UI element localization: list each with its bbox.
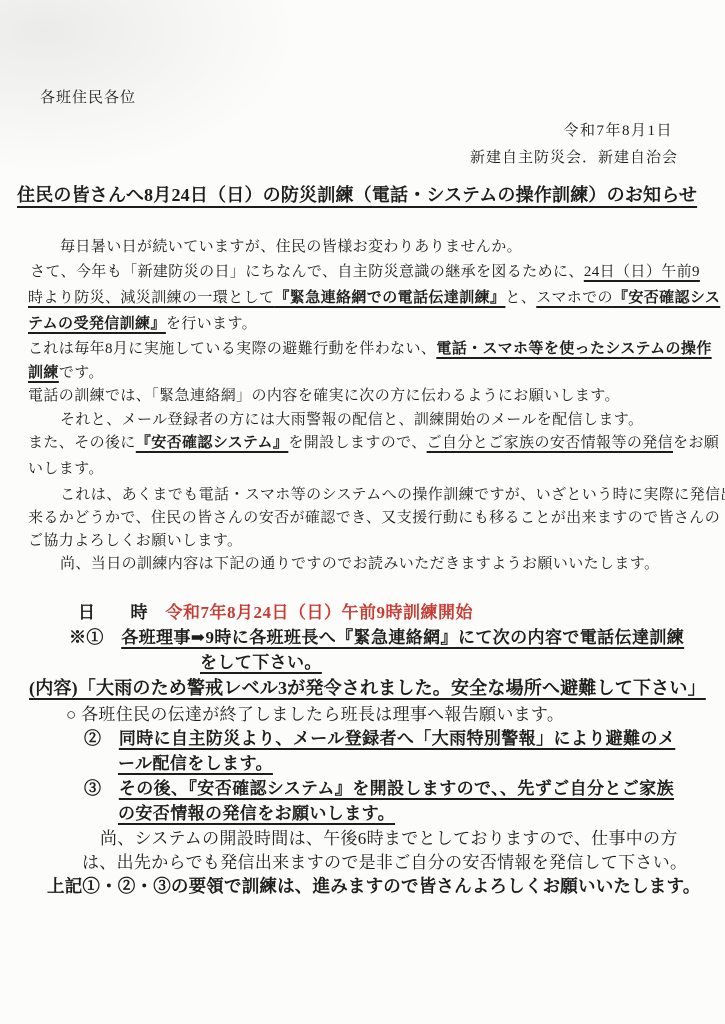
document-date: 令和7年8月1日 xyxy=(563,119,673,140)
organization-name: 新建自主防災会．新建自治会 xyxy=(470,146,678,167)
notice-step1-line2: をして下さい。 xyxy=(200,652,322,673)
notice-content-line: (内容)「大雨のため警戒レベル3が発令されました。安全な場所へ避難して下さい」 xyxy=(29,677,706,700)
text-segment: さて、今年も「新建防災の日」にちなんで、自主防災意識の継承を図るために、 xyxy=(30,264,584,280)
body-line-7: 電話の訓練では、「緊急連絡網」の内容を確実に次の方に伝わるようにお願いします。 xyxy=(28,387,620,406)
body-line-6: 訓練です。 xyxy=(28,364,104,383)
text-segment: それと、メール登録者の方には大雨警報の配信と、訓練開始のメールを配信します。 xyxy=(60,412,643,428)
text-segment: (内容)「大雨のため警戒レベル3が発令されました。安全な場所へ避難して下さい」 xyxy=(29,678,706,698)
text-segment: です。 xyxy=(59,365,104,381)
notice-hours-line2: は、出先からでも発信出来ますので是非ご自分の安否情報を発信して下さい。 xyxy=(82,852,687,873)
text-segment: をお願 xyxy=(673,435,719,451)
text-segment: を開設しますので、 xyxy=(288,435,426,451)
body-line-5: これは毎年8月に実施している実際の避難行動を伴わない、電話・スマホ等を使ったシス… xyxy=(28,340,712,359)
notice-report-line: ○ 各班住民の伝達が終了しましたら班長は理事へ報告願います。 xyxy=(66,704,564,725)
body-line-2: さて、今年も「新建防災の日」にちなんで、自主防災意識の継承を図るために、24日（… xyxy=(30,263,700,282)
circle-marker: ○ xyxy=(66,705,81,724)
body-line-1: 毎日暑い日が続いていますが、住民の皆様お変わりありませんか。 xyxy=(60,238,522,257)
step3-marker: ③ xyxy=(84,779,119,798)
text-segment: 『安否確認シス xyxy=(613,290,720,306)
text-segment: ご協力よろしくお願いします。 xyxy=(28,533,242,549)
text-segment: 24日（日）午前9 xyxy=(584,264,700,280)
text-segment: は、出先からでも発信出来ますので是非ご自分の安否情報を発信して下さい。 xyxy=(82,853,687,872)
notice-step3-line2: の安否情報の発信をお願いします。 xyxy=(118,803,395,824)
body-line-14: 尚、当日の訓練内容は下記の通りですのでお読みいただきますようお願いいたします。 xyxy=(60,555,659,574)
body-line-9: また、その後に『安否確認システム』を開設しますので、ご自分とご家族の安否情報等の… xyxy=(28,434,719,453)
text-segment: 尚、当日の訓練内容は下記の通りですのでお読みいただきますようお願いいたします。 xyxy=(60,556,659,572)
text-segment: これは、あくまでも電話・スマホ等のシステムへの操作訓練ですが、いざという時に実際… xyxy=(60,487,725,503)
notice-step1-line: ※① 各班理事➡9時に各班班長へ『緊急連絡網』にて次の内容で電話伝達訓練 xyxy=(69,627,684,648)
text-segment: 来るかどうかで、住民の皆さんの安否が確認でき、又支援行動にも移ることが出来ますの… xyxy=(28,510,720,526)
text-segment: これは毎年8月に実施している実際の避難行動を伴わない、 xyxy=(28,341,436,357)
notice-datetime-line: 日 時 令和7年8月24日（日）午前9時訓練開始 xyxy=(78,602,473,623)
text-segment: 電話の訓練では、「緊急連絡網」の内容を確実に次の方に伝わるようにお願いします。 xyxy=(28,388,620,404)
text-segment: いします。 xyxy=(28,461,104,477)
notice-step2-line: ② 同時に自主防災より、メール登録者へ「大雨特別警報」により避難のメ xyxy=(84,728,675,749)
step1-marker: ※① xyxy=(69,628,121,647)
text-segment: 訓練 xyxy=(28,365,59,381)
notice-step3-line: ③ その後、『安否確認システム』を開設しますので、、先ずご自分とご家族 xyxy=(84,778,674,799)
text-segment: 上記①・②・③の要領で訓練は、進みますので皆さんよろしくお願いいたします。 xyxy=(47,876,701,896)
datetime-value: 令和7年8月24日（日）午前9時訓練開始 xyxy=(166,603,474,622)
text-segment: 時より防災、減災訓練の一環として xyxy=(28,290,274,306)
closing-line: 上記①・②・③の要領で訓練は、進みますので皆さんよろしくお願いいたします。 xyxy=(47,876,701,898)
text-segment: 電話・スマホ等を使ったシステムの操作 xyxy=(436,341,711,357)
scanned-notice-page: 各班住民各位 令和7年8月1日 新建自主防災会．新建自治会 住民の皆さんへ8月2… xyxy=(0,0,725,1024)
body-line-8: それと、メール登録者の方には大雨警報の配信と、訓練開始のメールを配信します。 xyxy=(60,411,643,430)
datetime-label: 日 時 xyxy=(78,603,166,622)
text-segment: をして下さい。 xyxy=(200,653,322,672)
body-line-13: ご協力よろしくお願いします。 xyxy=(28,532,242,551)
notice-step2-line2: ール配信をします。 xyxy=(118,753,273,774)
body-line-10: いします。 xyxy=(28,460,104,479)
text-segment: また、その後に xyxy=(28,435,136,451)
text-segment: テムの受発信訓練』 xyxy=(28,316,166,332)
body-line-12: 来るかどうかで、住民の皆さんの安否が確認でき、又支援行動にも移ることが出来ますの… xyxy=(28,509,720,528)
text-segment: 尚、システムの開設時間は、午後6時までとしておりますので、仕事中の方 xyxy=(100,829,678,848)
text-segment: ール配信をします。 xyxy=(118,754,273,773)
text-segment: ご自分とご家族の安否情報等の発信 xyxy=(427,435,673,451)
text-segment: 『安否確認システム』 xyxy=(136,435,289,451)
text-segment: その後、『安否確認システム』を開設しますので、、先ずご自分とご家族 xyxy=(119,779,674,798)
text-segment: 毎日暑い日が続いていますが、住民の皆様お変わりありませんか。 xyxy=(60,239,522,255)
text-segment: を行います。 xyxy=(166,316,257,332)
body-line-3: 時より防災、減災訓練の一環として『緊急連絡網での電話伝達訓練』と、スマホでの『安… xyxy=(28,289,720,308)
text-segment: 各班住民の伝達が終了しましたら班長は理事へ報告願います。 xyxy=(81,705,564,724)
notice-hours-line: 尚、システムの開設時間は、午後6時までとしておりますので、仕事中の方 xyxy=(100,828,678,849)
text-segment: スマホでの xyxy=(536,290,613,306)
step2-marker: ② xyxy=(84,729,119,748)
text-segment: 同時に自主防災より、メール登録者へ「大雨特別警報」により避難のメ xyxy=(119,729,675,748)
recipient-line: 各班住民各位 xyxy=(40,86,136,107)
text-segment: 各班理事➡9時に各班班長へ『緊急連絡網』にて次の内容で電話伝達訓練 xyxy=(121,628,684,647)
text-segment: の安否情報の発信をお願いします。 xyxy=(118,804,395,823)
body-line-4: テムの受発信訓練』を行います。 xyxy=(28,315,257,334)
body-line-11: これは、あくまでも電話・スマホ等のシステムへの操作訓練ですが、いざという時に実際… xyxy=(60,486,725,505)
document-title: 住民の皆さんへ8月24日（日）の防災訓練（電話・システムの操作訓練）のお知らせ xyxy=(17,181,697,207)
text-segment: 『緊急連絡網での電話伝達訓練』 xyxy=(274,290,505,306)
text-segment: と、 xyxy=(505,290,536,306)
